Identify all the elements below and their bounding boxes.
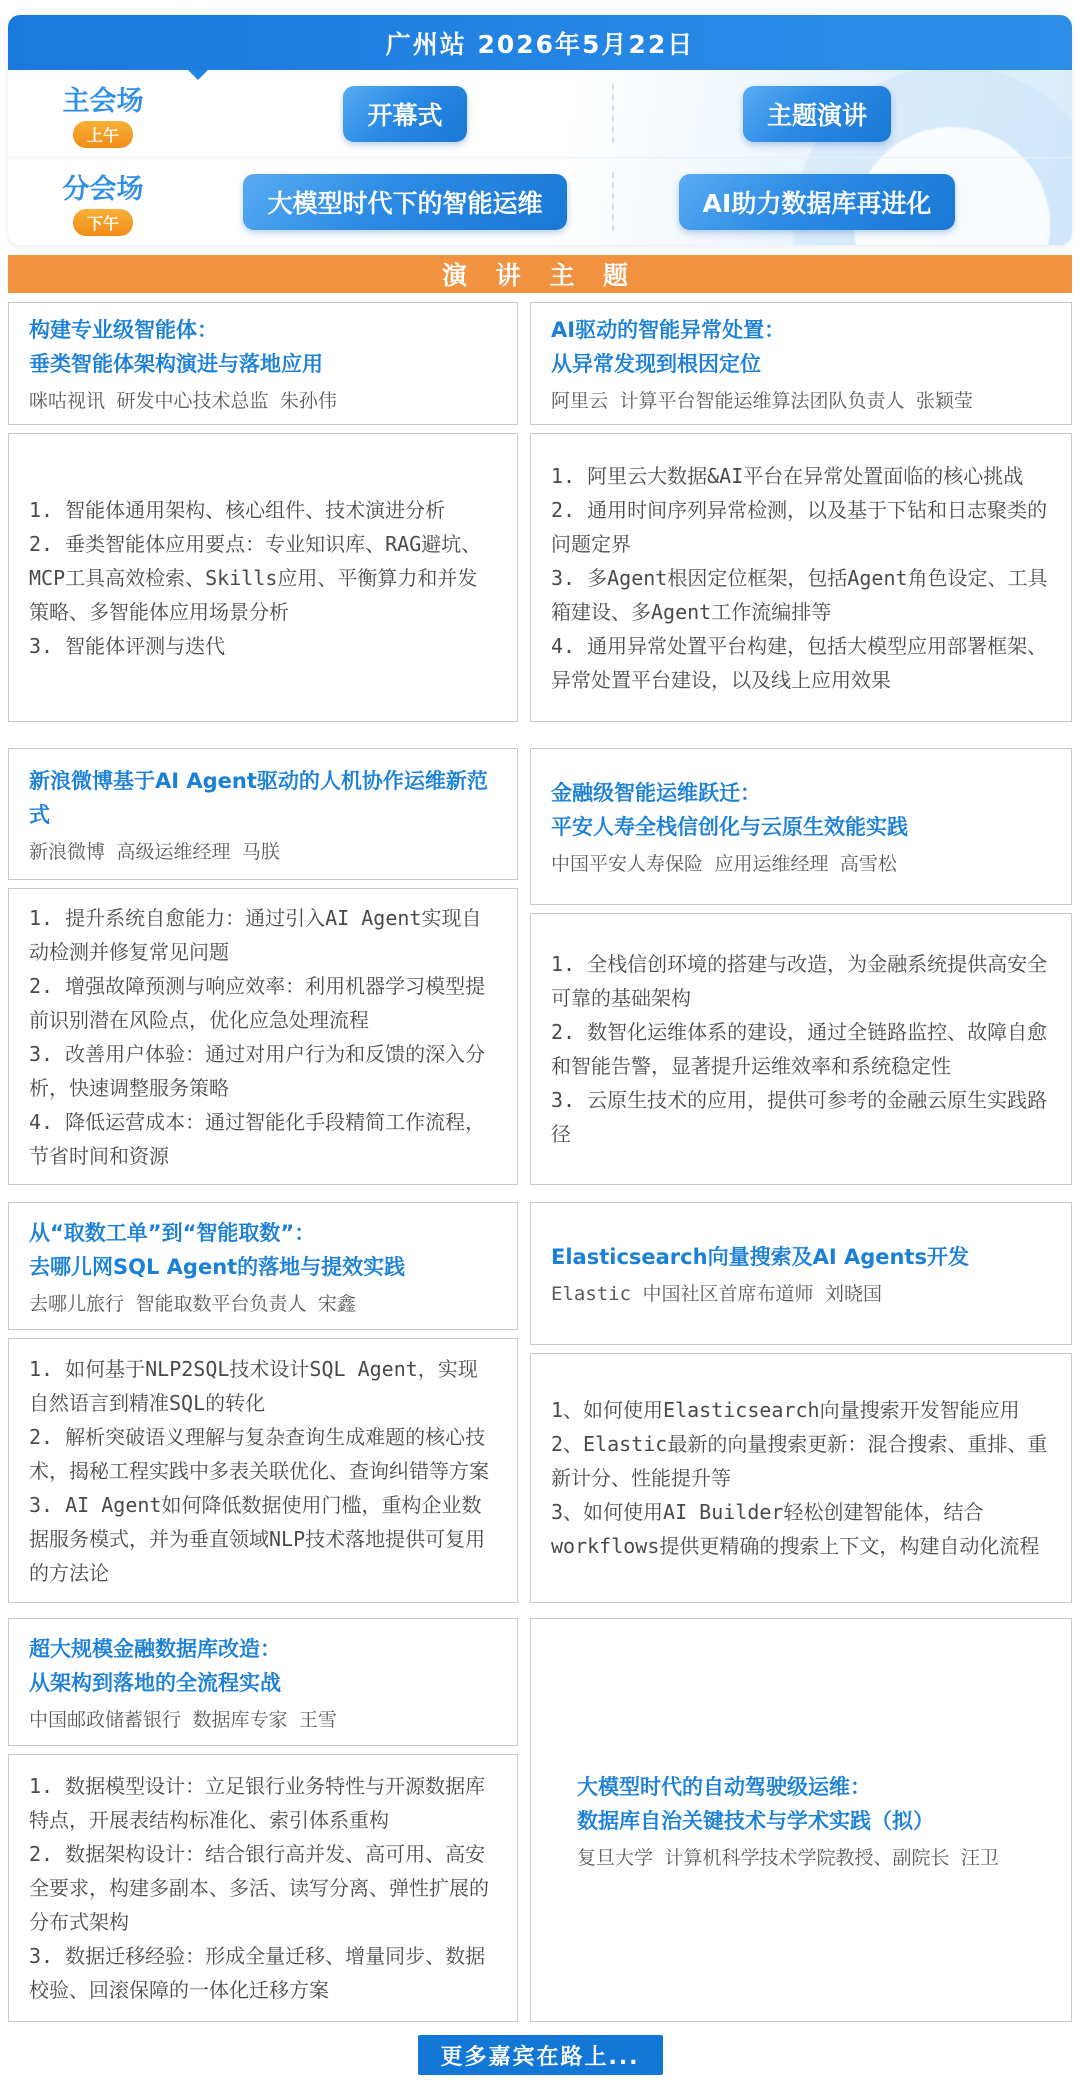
main-venue-row: 主会场 上午 开幕式 主题演讲 — [8, 70, 1072, 157]
session-card-migu: 构建专业级智能体：垂类智能体架构演进与落地应用 咪咕视讯 研发中心技术总监 朱孙… — [8, 302, 518, 722]
section-title-text: 演 讲 主 题 — [442, 256, 638, 292]
track-database-button[interactable]: AI助力数据库再进化 — [679, 174, 956, 230]
session-points-card: 1. 全栈信创环境的搭建与改造，为金融系统提供高安全可靠的基础架构2. 数智化运… — [530, 913, 1072, 1185]
session-points: 1. 全栈信创环境的搭建与改造，为金融系统提供高安全可靠的基础架构2. 数智化运… — [551, 947, 1051, 1151]
session-speaker: 阿里云 计算平台智能运维算法团队负责人 张颖莹 — [551, 388, 1051, 414]
section-title-bar: 演 讲 主 题 — [8, 255, 1072, 293]
session-speaker: Elastic 中国社区首席布道师 刘晓国 — [551, 1281, 1051, 1307]
session-title-card: 构建专业级智能体：垂类智能体架构演进与落地应用 咪咕视讯 研发中心技术总监 朱孙… — [8, 302, 518, 425]
session-points-card: 1. 数据模型设计：立足银行业务特性与开源数据库特点，开展表结构标准化、索引体系… — [8, 1754, 518, 2022]
opening-ceremony-cell: 开幕式 — [198, 86, 612, 142]
sessions-grid: 构建专业级智能体：垂类智能体架构演进与落地应用 咪咕视讯 研发中心技术总监 朱孙… — [8, 302, 1072, 2022]
track-aiops-button[interactable]: 大模型时代下的智能运维 — [243, 174, 566, 230]
session-title: AI驱动的智能异常处置：从异常发现到根因定位 — [551, 313, 1051, 381]
session-points: 1. 提升系统自愈能力：通过引入AI Agent实现自动检测并修复常见问题2. … — [29, 901, 497, 1173]
session-card-psbc: 超大规模金融数据库改造：从架构到落地的全流程实战 中国邮政储蓄银行 数据库专家 … — [8, 1618, 518, 2022]
session-points: 1. 阿里云大数据&AI平台在异常处置面临的核心挑战2. 通用时间序列异常检测，… — [551, 459, 1051, 697]
session-title: 新浪微博基于AI Agent驱动的人机协作运维新范式 — [29, 764, 497, 832]
afternoon-badge: 下午 — [73, 209, 133, 236]
session-row-3: 从“取数工单”到“智能取数”：去哪儿网SQL Agent的落地与提效实践 去哪儿… — [8, 1202, 1072, 1603]
session-card-pingan: 金融级智能运维跃迁：平安人寿全栈信创化与云原生效能实践 中国平安人寿保险 应用运… — [530, 748, 1072, 1185]
track-aiops-cell: 大模型时代下的智能运维 — [198, 174, 612, 230]
session-points: 1. 如何基于NLP2SQL技术设计SQL Agent，实现自然语言到精准SQL… — [29, 1352, 497, 1590]
session-points-card: 1. 如何基于NLP2SQL技术设计SQL Agent，实现自然语言到精准SQL… — [8, 1338, 518, 1603]
session-title-card: AI驱动的智能异常处置：从异常发现到根因定位 阿里云 计算平台智能运维算法团队负… — [530, 302, 1072, 425]
session-card-elastic: Elasticsearch向量搜索及AI Agents开发 Elastic 中国… — [530, 1202, 1072, 1603]
session-title-card: 超大规模金融数据库改造：从架构到落地的全流程实战 中国邮政储蓄银行 数据库专家 … — [8, 1618, 518, 1746]
keynote-button[interactable]: 主题演讲 — [743, 86, 891, 142]
date-banner: 广州站 2026年5月22日 — [8, 15, 1072, 70]
session-row-2: 新浪微博基于AI Agent驱动的人机协作运维新范式 新浪微博 高级运维经理 马… — [8, 748, 1072, 1185]
session-title-card: 从“取数工单”到“智能取数”：去哪儿网SQL Agent的落地与提效实践 去哪儿… — [8, 1202, 518, 1330]
session-title-card: 金融级智能运维跃迁：平安人寿全栈信创化与云原生效能实践 中国平安人寿保险 应用运… — [530, 748, 1072, 905]
session-points: 1. 智能体通用架构、核心组件、技术演进分析2. 垂类智能体应用要点：专业知识库… — [29, 493, 497, 663]
session-card-fudan: 大模型时代的自动驾驶级运维：数据库自治关键技术与学术实践（拟） 复旦大学 计算机… — [530, 1618, 1072, 2022]
session-points: 1. 数据模型设计：立足银行业务特性与开源数据库特点，开展表结构标准化、索引体系… — [29, 1769, 497, 2007]
agenda-header-panel: 广州站 2026年5月22日 主会场 上午 开幕式 主题演讲 分会场 下午 大模… — [8, 15, 1072, 245]
session-title-card: 大模型时代的自动驾驶级运维：数据库自治关键技术与学术实践（拟） 复旦大学 计算机… — [530, 1618, 1072, 2022]
track-database-cell: AI助力数据库再进化 — [612, 174, 1072, 230]
session-title: 大模型时代的自动驾驶级运维：数据库自治关键技术与学术实践（拟） — [577, 1770, 1047, 1838]
session-card-weibo: 新浪微博基于AI Agent驱动的人机协作运维新范式 新浪微博 高级运维经理 马… — [8, 748, 518, 1185]
sub-venue-row: 分会场 下午 大模型时代下的智能运维 AI助力数据库再进化 — [8, 157, 1072, 245]
footer: 更多嘉宾在路上... — [0, 2035, 1080, 2075]
session-speaker: 中国平安人寿保险 应用运维经理 高雪松 — [551, 851, 1051, 877]
session-title: 构建专业级智能体：垂类智能体架构演进与落地应用 — [29, 313, 497, 381]
session-title: Elasticsearch向量搜索及AI Agents开发 — [551, 1240, 1051, 1274]
session-speaker: 去哪儿旅行 智能取数平台负责人 宋鑫 — [29, 1291, 497, 1317]
date-banner-text: 广州站 2026年5月22日 — [386, 25, 694, 61]
morning-badge: 上午 — [73, 121, 133, 148]
session-points-card: 1. 智能体通用架构、核心组件、技术演进分析2. 垂类智能体应用要点：专业知识库… — [8, 433, 518, 722]
session-title: 从“取数工单”到“智能取数”：去哪儿网SQL Agent的落地与提效实践 — [29, 1216, 497, 1284]
session-card-qunar: 从“取数工单”到“智能取数”：去哪儿网SQL Agent的落地与提效实践 去哪儿… — [8, 1202, 518, 1603]
session-card-aliyun: AI驱动的智能异常处置：从异常发现到根因定位 阿里云 计算平台智能运维算法团队负… — [530, 302, 1072, 722]
main-venue-label-cell: 主会场 上午 — [8, 79, 198, 148]
session-title: 金融级智能运维跃迁：平安人寿全栈信创化与云原生效能实践 — [551, 776, 1051, 844]
session-speaker: 新浪微博 高级运维经理 马朕 — [29, 839, 497, 865]
sub-venue-label-cell: 分会场 下午 — [8, 167, 198, 236]
session-row-1: 构建专业级智能体：垂类智能体架构演进与落地应用 咪咕视讯 研发中心技术总监 朱孙… — [8, 302, 1072, 722]
session-speaker: 咪咕视讯 研发中心技术总监 朱孙伟 — [29, 388, 497, 414]
session-points-card: 1. 提升系统自愈能力：通过引入AI Agent实现自动检测并修复常见问题2. … — [8, 888, 518, 1185]
session-speaker: 中国邮政储蓄银行 数据库专家 王雪 — [29, 1707, 497, 1733]
more-guests-button[interactable]: 更多嘉宾在路上... — [418, 2035, 663, 2075]
session-row-4: 超大规模金融数据库改造：从架构到落地的全流程实战 中国邮政储蓄银行 数据库专家 … — [8, 1618, 1072, 2022]
session-title-card: 新浪微博基于AI Agent驱动的人机协作运维新范式 新浪微博 高级运维经理 马… — [8, 748, 518, 880]
session-title-card: Elasticsearch向量搜索及AI Agents开发 Elastic 中国… — [530, 1202, 1072, 1345]
keynote-cell: 主题演讲 — [612, 86, 1072, 142]
sub-venue-label: 分会场 — [63, 167, 144, 206]
session-points-card: 1. 阿里云大数据&AI平台在异常处置面临的核心挑战2. 通用时间序列异常检测，… — [530, 433, 1072, 722]
session-title: 超大规模金融数据库改造：从架构到落地的全流程实战 — [29, 1632, 497, 1700]
opening-ceremony-button[interactable]: 开幕式 — [343, 86, 466, 142]
session-points: 1、如何使用Elasticsearch向量搜索开发智能应用2、Elastic最新… — [551, 1393, 1051, 1563]
main-venue-label: 主会场 — [63, 79, 144, 118]
session-speaker: 复旦大学 计算机科学技术学院教授、副院长 汪卫 — [577, 1845, 1047, 1871]
session-points-card: 1、如何使用Elasticsearch向量搜索开发智能应用2、Elastic最新… — [530, 1353, 1072, 1603]
